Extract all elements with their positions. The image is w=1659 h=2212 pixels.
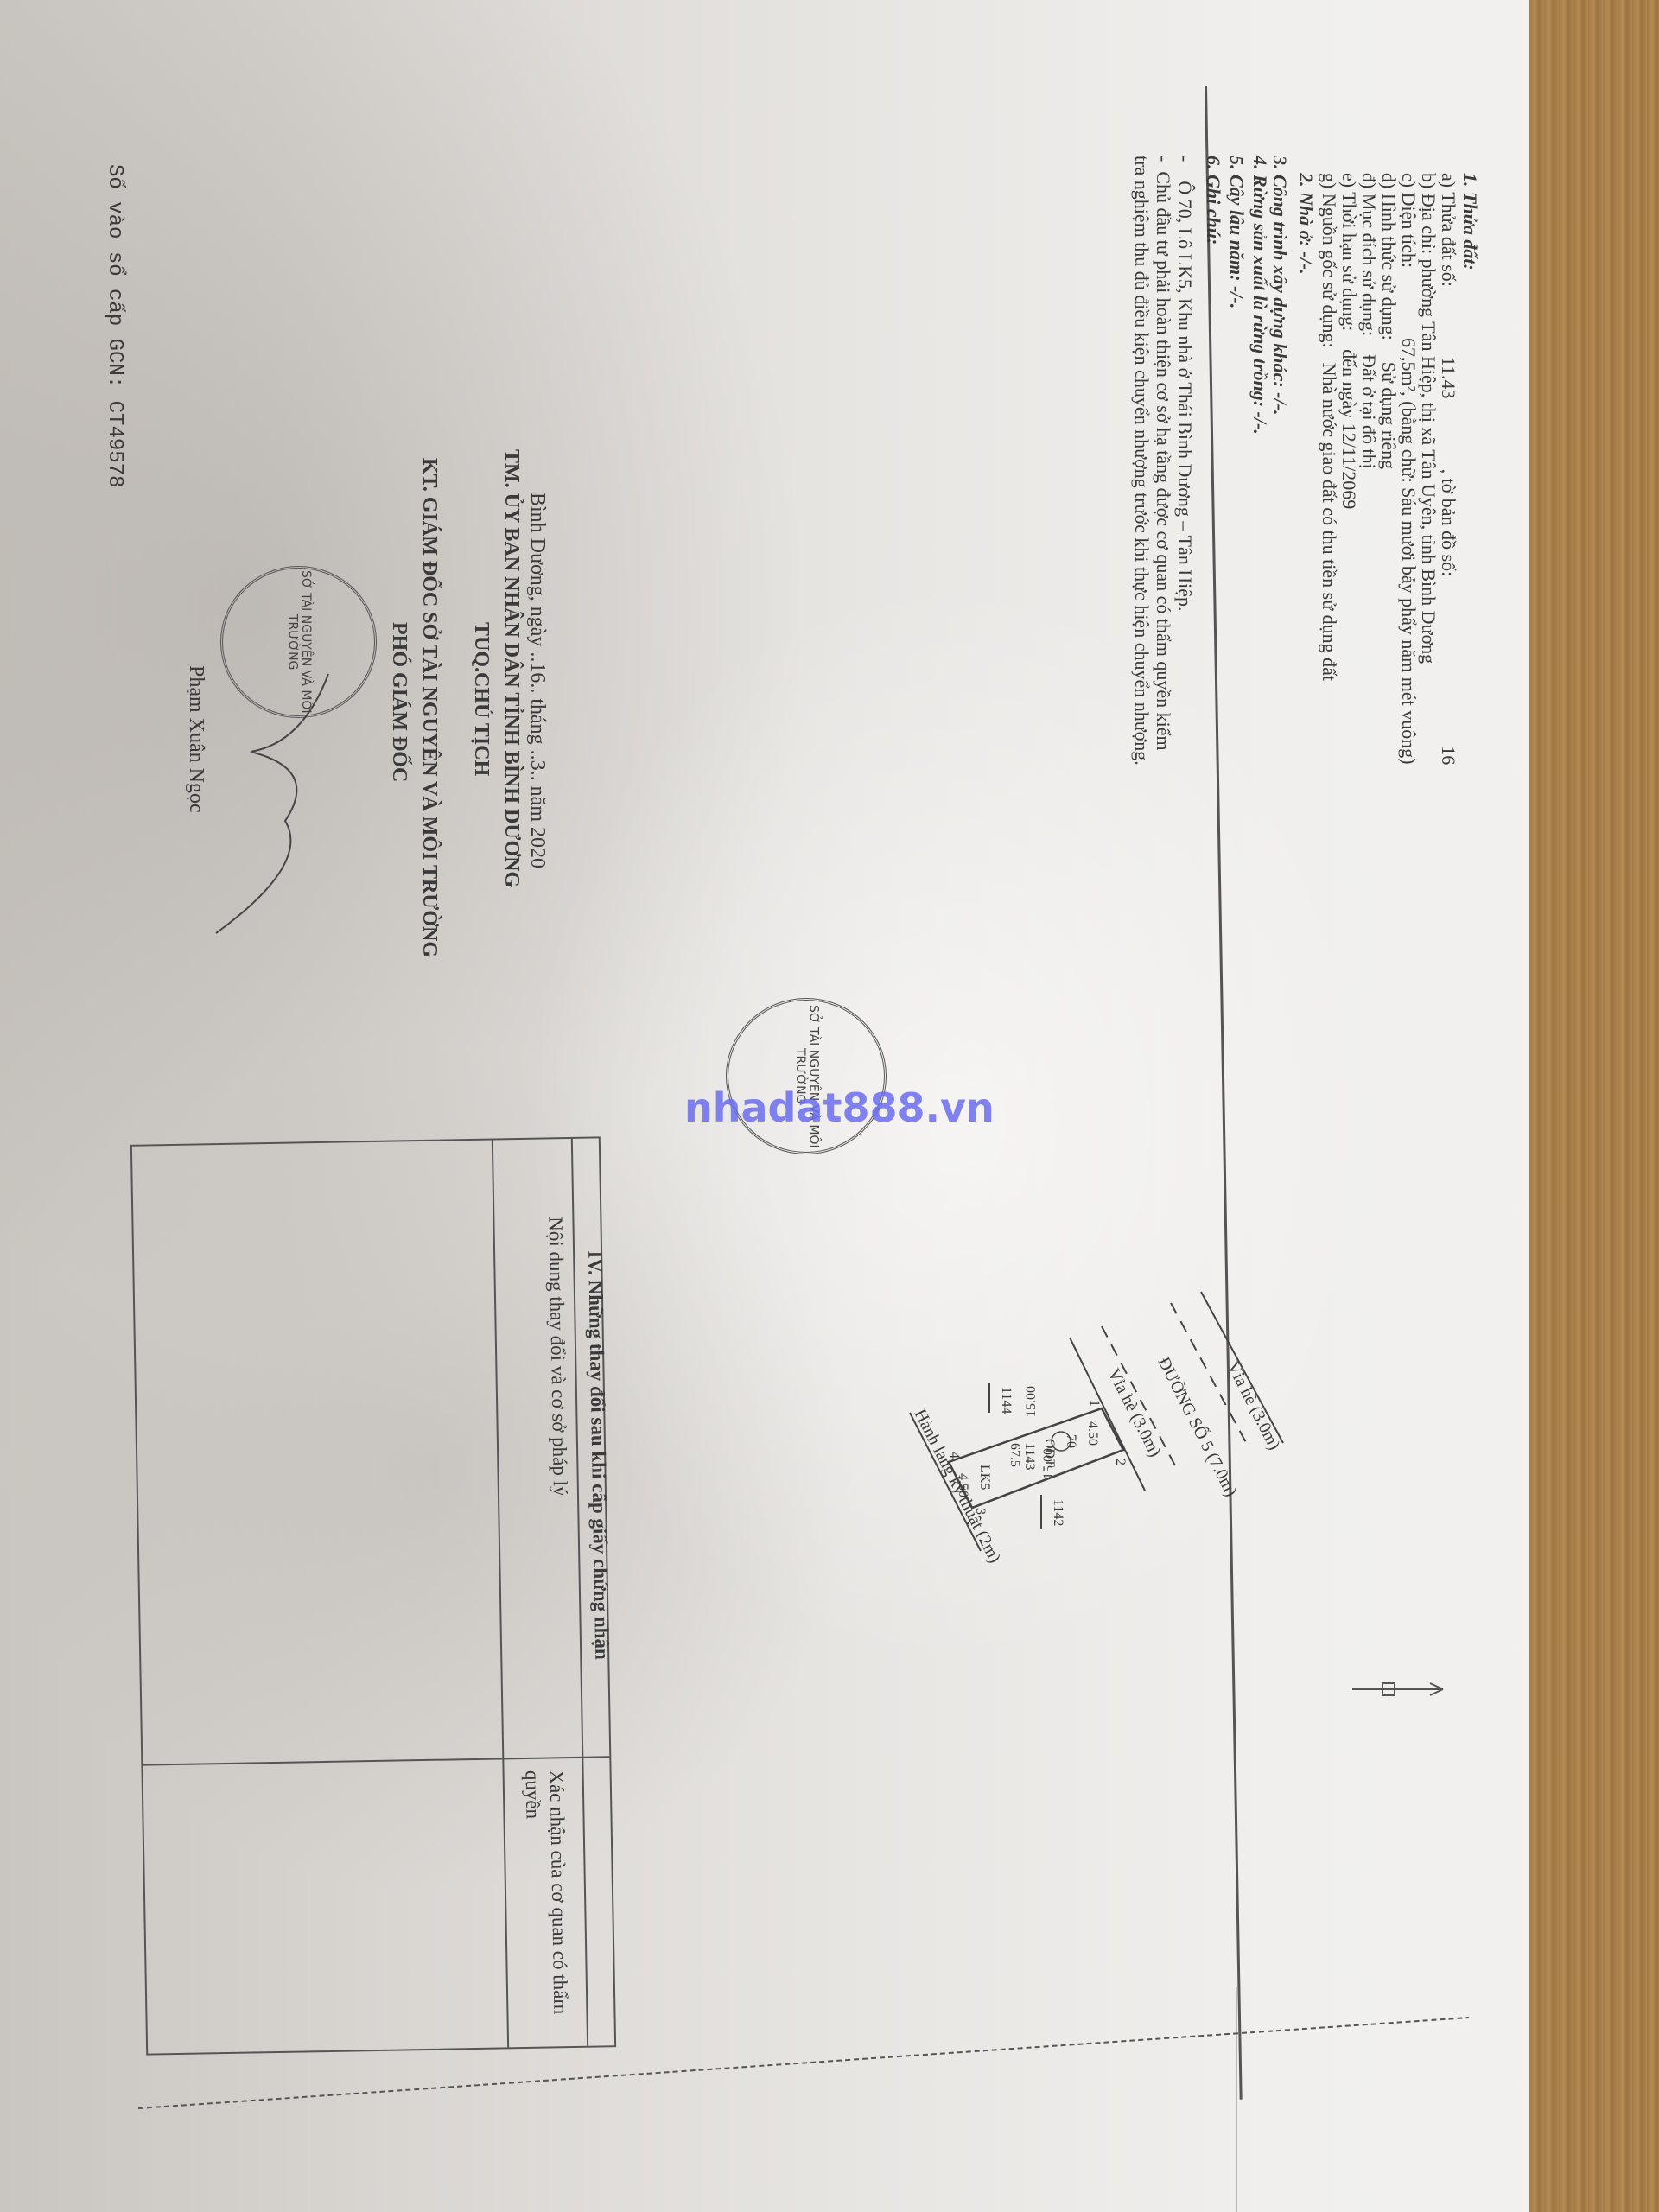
section2-house: 2. Nhà ở: -/-. [1296,173,1315,275]
dotted-edge-line [138,2013,1478,2117]
north-arrow-icon [1348,1668,1452,1711]
signature-tuq: TUQ.CHỦ TỊCH [471,622,492,776]
area-label: c) Diện tích: [1398,173,1420,268]
section6-heading: 6. Ghi chú: [1204,156,1223,245]
usage-term-label: e) Thời hạn sử dụng: [1338,173,1360,331]
signature-org: TM. ỦY BAN NHÂN DÂN TỈNH BÌNH DƯƠNG [501,449,522,887]
signature-date: Bình Dương, ngày ..16.. tháng ..3.. năm … [527,493,548,868]
note-1: - Ô 70, Lô LK5, Khu nhà ở Thái Bình Dươn… [1175,156,1194,612]
vertex-2: 2 [1113,1459,1128,1465]
usage-origin-label: g) Nguồn gốc sử dụng: [1319,173,1340,348]
area-label-diagram: 67.5 [1007,1443,1022,1467]
map-sheet-label: , tờ bản đồ số: [1438,469,1459,577]
usage-purpose-line: đ) Mục đích sử dụng: Đất ở tại đô thị [1359,173,1378,469]
table-col2-header: Xác nhận của cơ quan có thẩm quyền [520,1770,573,2030]
usage-form-value: Sử dụng riêng [1378,362,1400,469]
length-left: 15.00 [1024,1386,1039,1417]
block-label: LK5 [977,1465,992,1490]
usage-term-value: đến ngày 12/11/2069 [1338,349,1360,509]
parcel-label: a) Thửa đất số: [1438,173,1459,287]
watermark: nhadat888.vn [684,1084,995,1131]
signature-kt: KT. GIÁM ĐỐC SỞ TÀI NGUYÊN VÀ MÔI TRƯỜNG [419,458,440,957]
wooden-desk [1529,0,1659,2212]
registry-number: Số vào sổ cấp GCN: CT49578 [104,164,124,487]
usage-purpose-label: đ) Mục đích sử dụng: [1358,173,1380,336]
bullet: - [1153,156,1174,171]
usage-form-line: d) Hình thức sử dụng: Sử dụng riêng [1379,173,1398,469]
usage-origin-value: Nhà nước giao đất có thu tiền sử dụng đấ… [1319,363,1340,681]
usage-form-label: d) Hình thức sử dụng: [1378,173,1400,340]
signature-title: PHÓ GIÁM ĐỐC [389,622,410,782]
table-header-divider [492,1140,511,2047]
vertex-1: 1 [1087,1400,1102,1407]
signature-scribble [199,605,372,950]
vertex-4: 4 [947,1452,962,1459]
sidewalk-top-label: Vỉa hè (3.0m) [1224,1358,1284,1452]
parcel-number: 11.43 [1438,357,1459,399]
table-column-divider [143,1756,609,1765]
note-2: - Chủ đầu tư phải hoàn thiện cơ sở hạ tầ… [1154,156,1173,751]
usage-term-line: e) Thời hạn sử dụng: đến ngày 12/11/2069 [1339,173,1358,509]
neighbor-left: 1144 [999,1387,1014,1414]
map-sheet-number: 16 [1438,746,1459,765]
note-1-text: Ô 70, Lô LK5, Khu nhà ở Thái Bình Dương … [1174,181,1196,611]
changes-table: IV. Những thay đổi sau khi cấp giấy chứn… [130,1136,616,2055]
parcel-number-line: a) Thửa đất số: 11.43 , tờ bản đồ số: 16 [1439,173,1458,765]
section1-heading: 1. Thửa đất: [1460,173,1479,270]
usage-purpose-value: Đất ở tại đô thị [1358,354,1380,469]
section5-perennial: 5. Cây lâu năm: -/-. [1227,156,1246,308]
usage-origin-line: g) Nguồn gốc sử dụng: Nhà nước giao đất … [1319,173,1338,681]
bullet: - [1174,156,1196,181]
address-line: b) Địa chỉ: phường Tân Hiệp, thị xã Tân … [1419,173,1438,664]
section3-other-works: 3. Công trình xây dựng khác: -/-. [1270,156,1289,415]
parcel-label-diagram: 1143 [1022,1443,1037,1470]
neighbor-right: 1142 [1051,1499,1065,1526]
table-col1-header: Nội dung thay đổi và cơ sở pháp lý [545,1217,570,1497]
parcel-diagram: Vỉa hè (3.0m) ĐƯỜNG SỐ 5 (7.0m) Vỉa hè (… [881,1236,1296,1754]
length-right: 15.00 [1041,1448,1056,1479]
section4-forest: 4. Rừng sản xuất là rừng trồng: -/-. [1250,156,1269,435]
note-3: tra nghiệm thu đủ điều kiện chuyển nhượn… [1132,156,1151,766]
width-bottom: 4.50 [956,1473,970,1497]
area-line: c) Diện tích: 67,5m², (bằng chữ: Sáu mươ… [1399,173,1418,765]
note-2-text: Chủ đầu tư phải hoàn thiện cơ sở hạ tầng… [1153,171,1174,750]
sidewalk-bottom-label: Vỉa hè (3.0m) [1104,1365,1165,1459]
width-top: 4.50 [1085,1421,1100,1446]
area-value: 67,5m², (bằng chữ: Sáu mươi bảy phẩy năm… [1398,338,1420,765]
vertex-3: 3 [973,1508,988,1515]
